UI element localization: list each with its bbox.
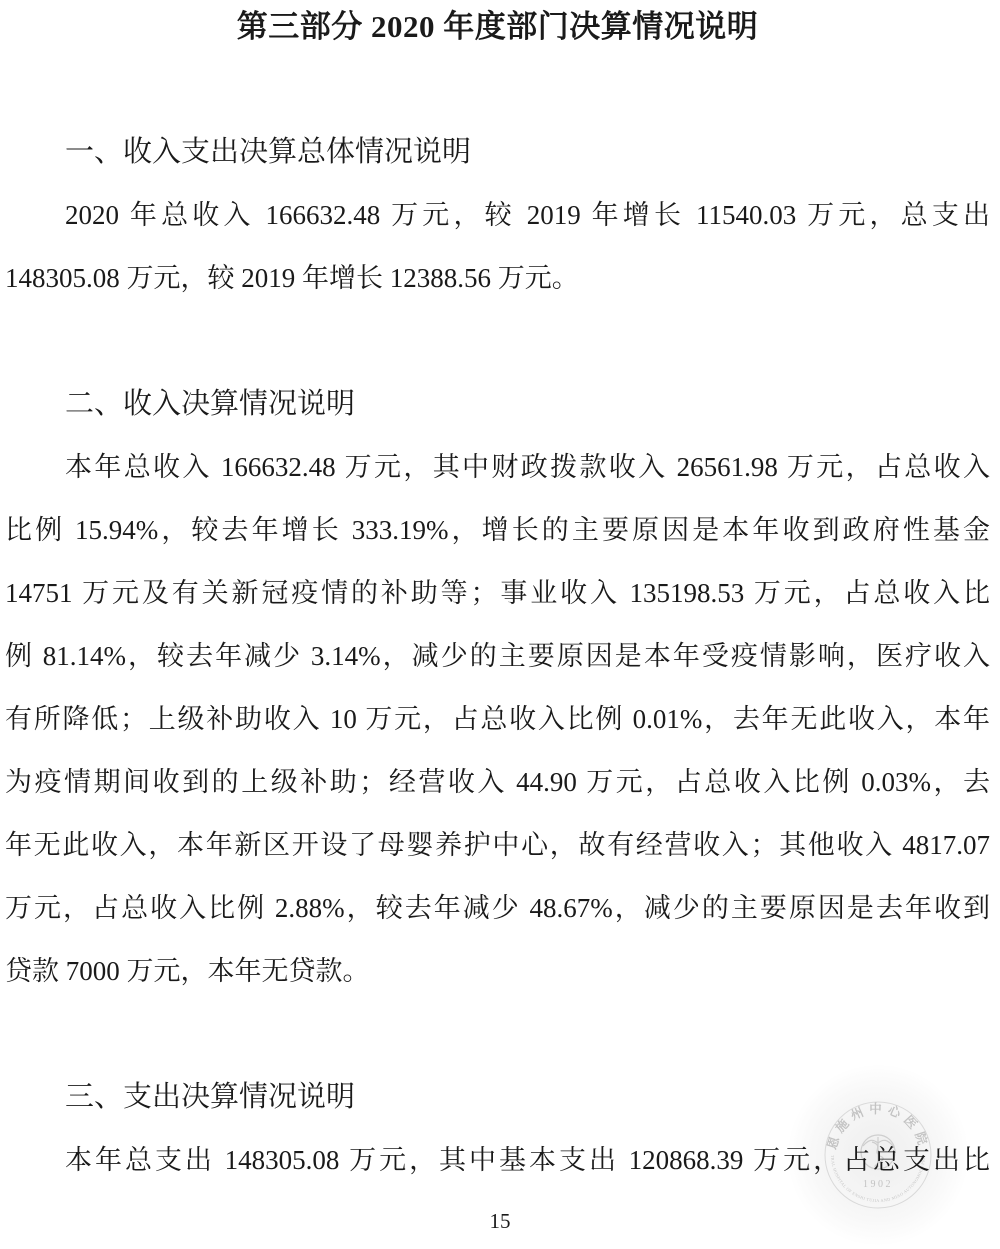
text-line: 例 81.14%，较去年减少 3.14%，减少的主要原因是本年受疫情影响，医疗收… <box>5 625 990 688</box>
section-heading: 二、收入决算情况说明 <box>5 373 990 436</box>
section-heading: 三、支出决算情况说明 <box>5 1066 990 1129</box>
page-content: 第三部分 2020 年度部门决算情况说明 一、收入支出决算总体情况说明 2020… <box>0 0 1000 1249</box>
document-page: 恩施州中心医院 1902 THE CENTRAL HOSPITAL OF ENS… <box>0 0 1000 1249</box>
text-line: 14751 万元及有关新冠疫情的补助等；事业收入 135198.53 万元，占总… <box>5 562 990 625</box>
document-title: 第三部分 2020 年度部门决算情况说明 <box>5 6 990 48</box>
text-line: 本年总收入 166632.48 万元，其中财政拨款收入 26561.98 万元，… <box>5 436 990 499</box>
section-overall-summary: 一、收入支出决算总体情况说明 2020 年总收入 166632.48 万元，较 … <box>5 121 990 310</box>
section-revenue-summary: 二、收入决算情况说明 本年总收入 166632.48 万元，其中财政拨款收入 2… <box>5 373 990 1003</box>
text-line: 万元，占总收入比例 2.88%，较去年减少 48.67%，减少的主要原因是去年收… <box>5 877 990 940</box>
text-line: 本年总支出 148305.08 万元，其中基本支出 120868.39 万元，占… <box>5 1129 990 1192</box>
text-line: 贷款 7000 万元，本年无贷款。 <box>5 940 990 1003</box>
text-line: 为疫情期间收到的上级补助；经营收入 44.90 万元，占总收入比例 0.03%，… <box>5 751 990 814</box>
page-number: 15 <box>0 1206 1000 1236</box>
section-expenditure-summary: 三、支出决算情况说明 本年总支出 148305.08 万元，其中基本支出 120… <box>5 1066 990 1192</box>
blank-line <box>5 310 990 373</box>
text-line: 比例 15.94%，较去年增长 333.19%，增长的主要原因是本年收到政府性基… <box>5 499 990 562</box>
document-body: 一、收入支出决算总体情况说明 2020 年总收入 166632.48 万元，较 … <box>5 121 990 1192</box>
section-heading: 一、收入支出决算总体情况说明 <box>5 121 990 184</box>
text-line: 148305.08 万元，较 2019 年增长 12388.56 万元。 <box>5 247 990 310</box>
text-line: 年无此收入，本年新区开设了母婴养护中心，故有经营收入；其他收入 4817.07 <box>5 814 990 877</box>
blank-line <box>5 1003 990 1066</box>
text-line: 有所降低；上级补助收入 10 万元，占总收入比例 0.01%，去年无此收入，本年 <box>5 688 990 751</box>
text-line: 2020 年总收入 166632.48 万元，较 2019 年增长 11540.… <box>5 184 990 247</box>
